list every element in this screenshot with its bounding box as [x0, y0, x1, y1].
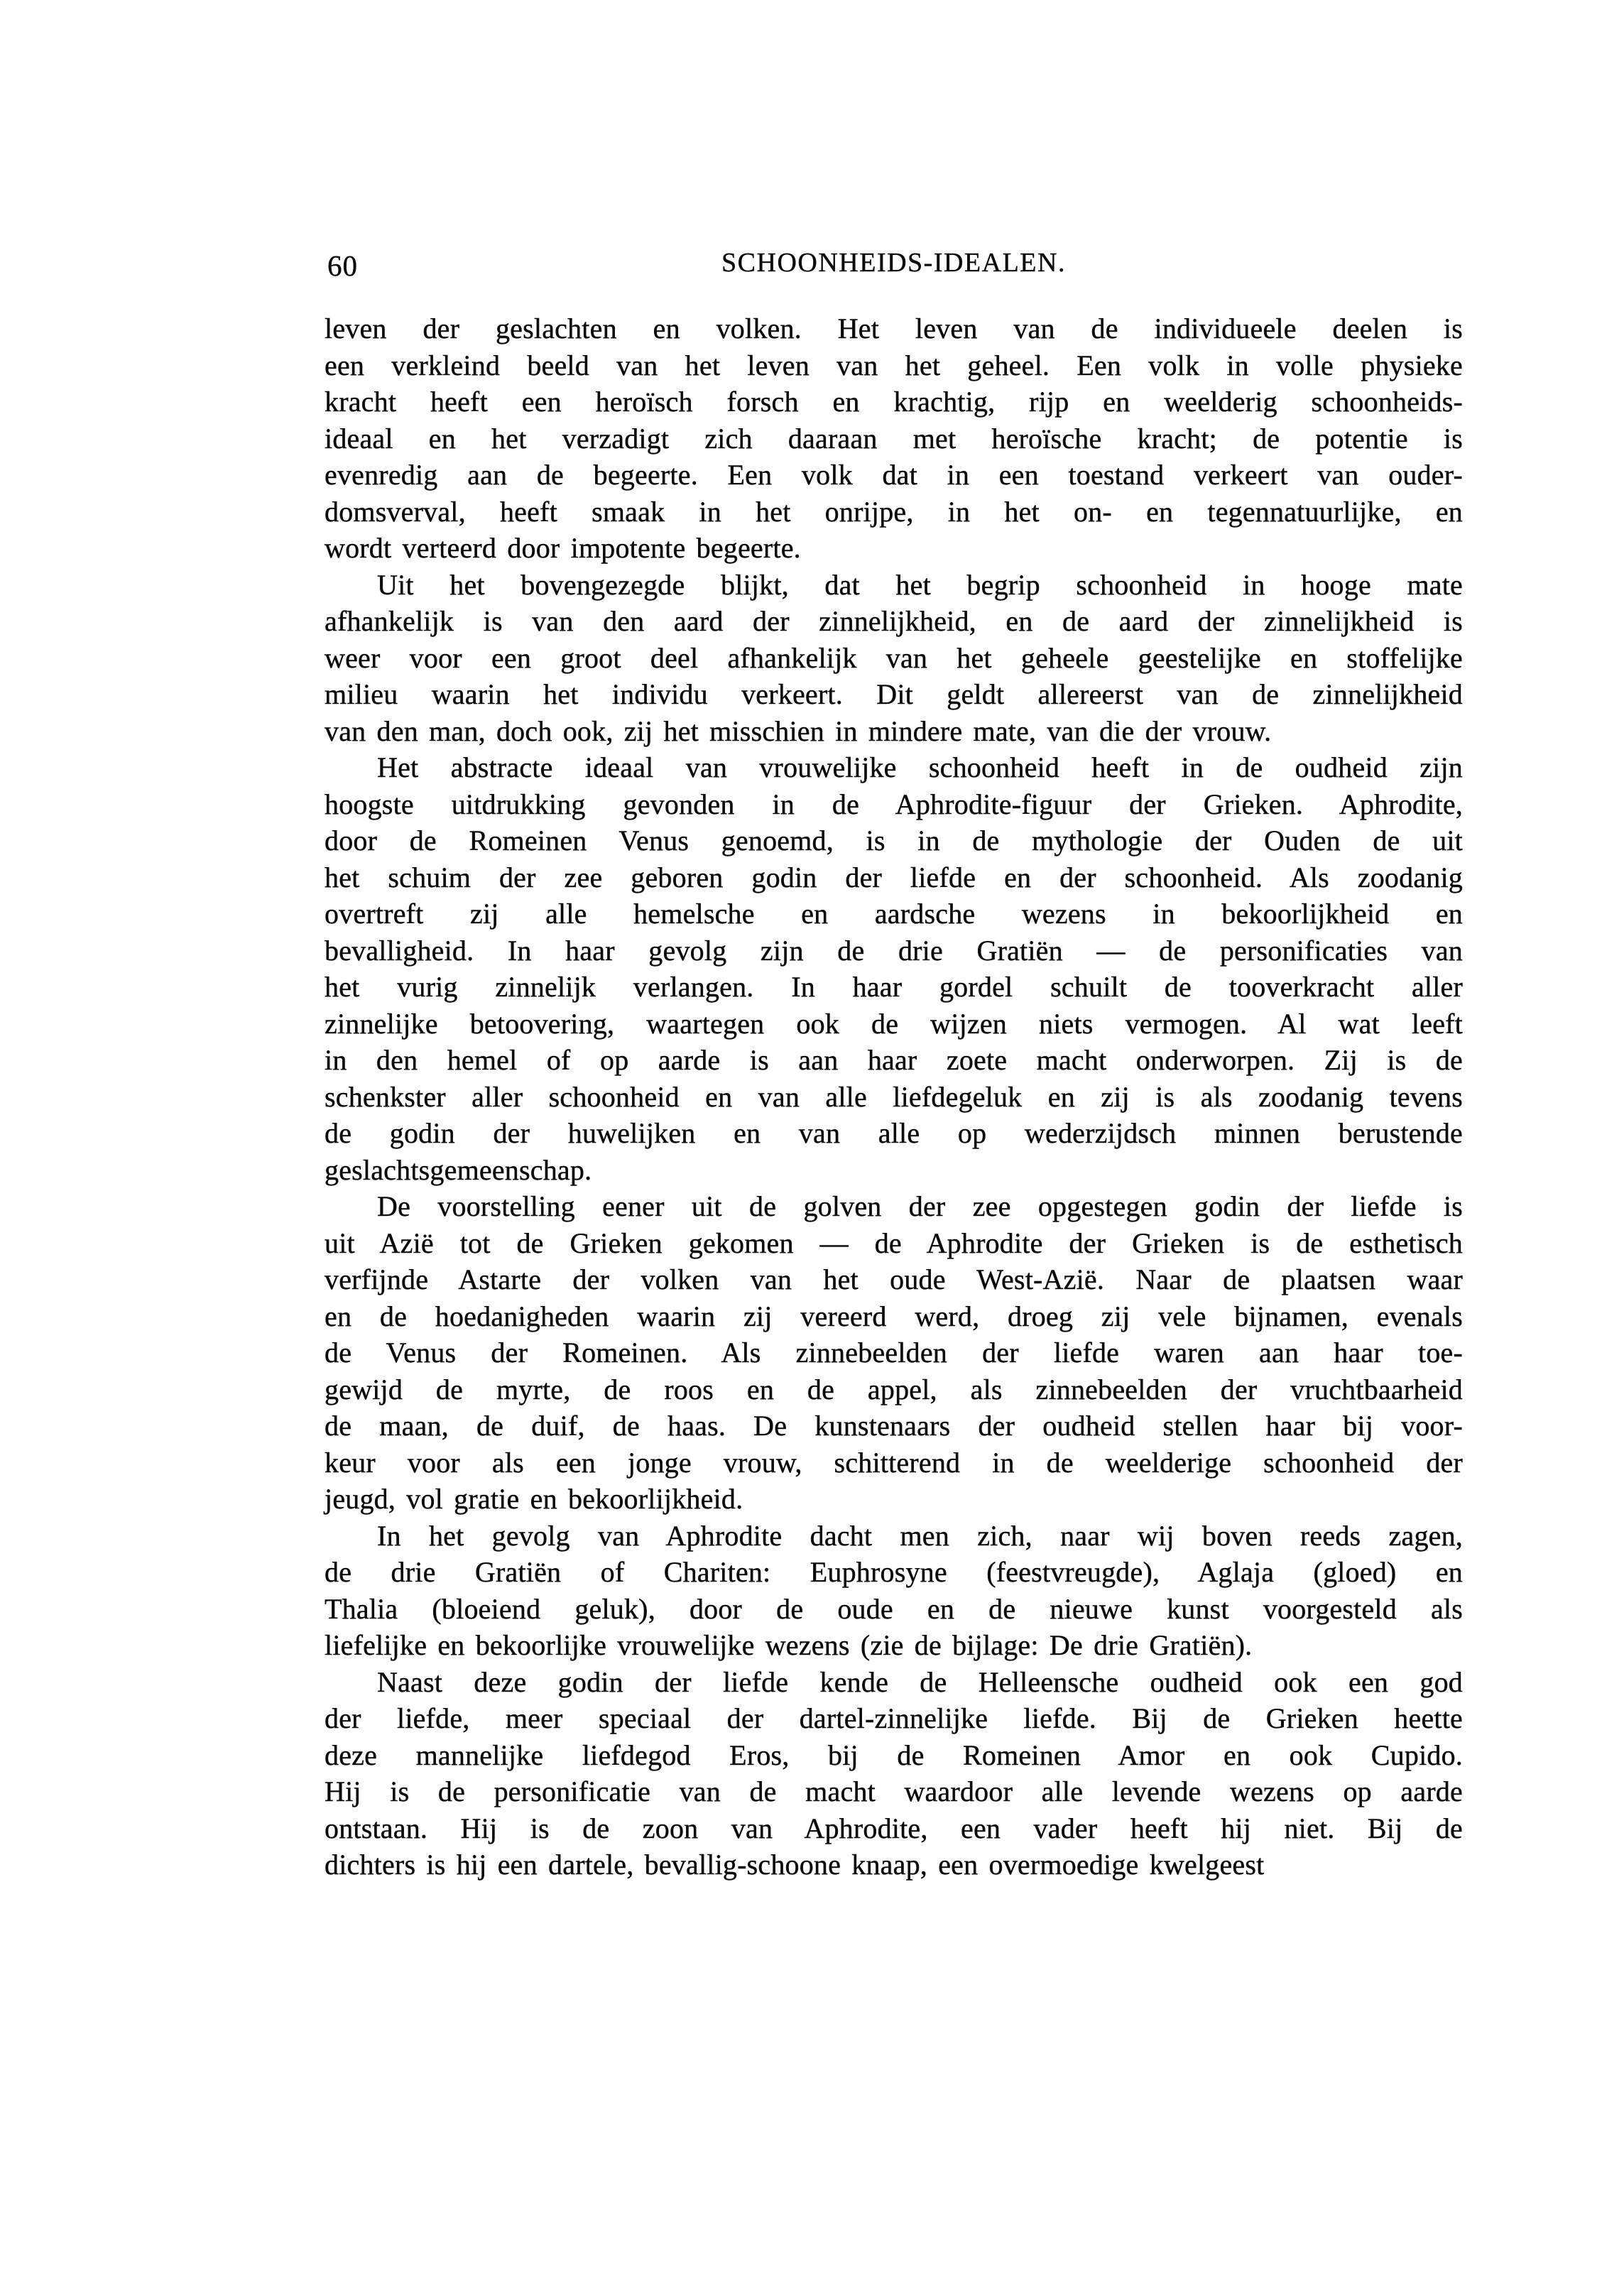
- text-line: liefelijke en bekoorlijke vrouwelijke we…: [325, 1627, 1463, 1664]
- page-header: 60 SCHOONHEIDS-IDEALEN.: [325, 247, 1463, 281]
- running-title: SCHOONHEIDS-IDEALEN.: [325, 247, 1463, 278]
- text-line: weer voor een groot deel afhankelijk van…: [325, 640, 1463, 677]
- book-page: 60 SCHOONHEIDS-IDEALEN. leven der geslac…: [0, 0, 1624, 2296]
- page-number: 60: [327, 249, 358, 283]
- text-line: leven der geslachten en volken. Het leve…: [325, 310, 1463, 347]
- paragraph: Het abstracte ideaal van vrouwelijke sch…: [325, 749, 1463, 1188]
- text-line: Thalia (bloeiend geluk), door de oude en…: [325, 1591, 1463, 1628]
- text-line: deze mannelijke liefdegod Eros, bij de R…: [325, 1737, 1463, 1774]
- paragraph: De voorstelling eener uit de golven der …: [325, 1188, 1463, 1518]
- text-line: verfijnde Astarte der volken van het oud…: [325, 1261, 1463, 1298]
- text-line: jeugd, vol gratie en bekoorlijkheid.: [325, 1481, 1463, 1518]
- text-line: Hij is de personificatie van de macht wa…: [325, 1773, 1463, 1810]
- text-line: het vurig zinnelijk verlangen. In haar g…: [325, 969, 1463, 1006]
- text-line: gewijd de myrte, de roos en de appel, al…: [325, 1371, 1463, 1408]
- text-line: domsverval, heeft smaak in het onrijpe, …: [325, 494, 1463, 531]
- text-line: Uit het bovengezegde blijkt, dat het beg…: [325, 567, 1463, 604]
- text-line: het schuim der zee geboren godin der lie…: [325, 859, 1463, 896]
- text-line: geslachtsgemeenschap.: [325, 1152, 1463, 1189]
- text-line: de maan, de duif, de haas. De kunstenaar…: [325, 1408, 1463, 1444]
- text-line: milieu waarin het individu verkeert. Dit…: [325, 676, 1463, 713]
- text-line: In het gevolg van Aphrodite dacht men zi…: [325, 1518, 1463, 1555]
- text-line: keur voor als een jonge vrouw, schittere…: [325, 1444, 1463, 1481]
- text-line: ideaal en het verzadigt zich daaraan met…: [325, 420, 1463, 457]
- paragraph: leven der geslachten en volken. Het leve…: [325, 310, 1463, 567]
- text-line: een verkleind beeld van het leven van he…: [325, 347, 1463, 384]
- text-line: de Venus der Romeinen. Als zinnebeelden …: [325, 1334, 1463, 1371]
- text-line: evenredig aan de begeerte. Een volk dat …: [325, 457, 1463, 494]
- text-line: hoogste uitdrukking gevonden in de Aphro…: [325, 786, 1463, 823]
- text-line: kracht heeft een heroïsch forsch en krac…: [325, 383, 1463, 420]
- text-line: van den man, doch ook, zij het misschien…: [325, 713, 1463, 750]
- text-line: overtreft zij alle hemelsche en aardsche…: [325, 896, 1463, 932]
- text-column: leven der geslachten en volken. Het leve…: [325, 310, 1463, 1883]
- text-line: de drie Gratiën of Chariten: Euphrosyne …: [325, 1554, 1463, 1591]
- text-line: wordt verteerd door impotente begeerte.: [325, 530, 1463, 567]
- paragraph: Uit het bovengezegde blijkt, dat het beg…: [325, 567, 1463, 750]
- paragraph: In het gevolg van Aphrodite dacht men zi…: [325, 1518, 1463, 1664]
- text-line: Naast deze godin der liefde kende de Hel…: [325, 1664, 1463, 1701]
- text-line: Het abstracte ideaal van vrouwelijke sch…: [325, 749, 1463, 786]
- text-line: der liefde, meer speciaal der dartel-zin…: [325, 1700, 1463, 1737]
- paragraph: Naast deze godin der liefde kende de Hel…: [325, 1664, 1463, 1883]
- text-line: De voorstelling eener uit de golven der …: [325, 1188, 1463, 1225]
- text-line: bevalligheid. In haar gevolg zijn de dri…: [325, 932, 1463, 969]
- text-line: dichters is hij een dartele, bevallig-sc…: [325, 1846, 1463, 1883]
- text-line: zinnelijke betoovering, waartegen ook de…: [325, 1006, 1463, 1043]
- text-line: en de hoedanigheden waarin zij vereerd w…: [325, 1298, 1463, 1335]
- text-line: uit Azië tot de Grieken gekomen — de Aph…: [325, 1225, 1463, 1262]
- text-line: de godin der huwelijken en van alle op w…: [325, 1115, 1463, 1152]
- text-line: in den hemel of op aarde is aan haar zoe…: [325, 1042, 1463, 1079]
- text-line: door de Romeinen Venus genoemd, is in de…: [325, 822, 1463, 859]
- text-line: afhankelijk is van den aard der zinnelij…: [325, 603, 1463, 640]
- text-line: schenkster aller schoonheid en van alle …: [325, 1079, 1463, 1116]
- text-line: ontstaan. Hij is de zoon van Aphrodite, …: [325, 1810, 1463, 1847]
